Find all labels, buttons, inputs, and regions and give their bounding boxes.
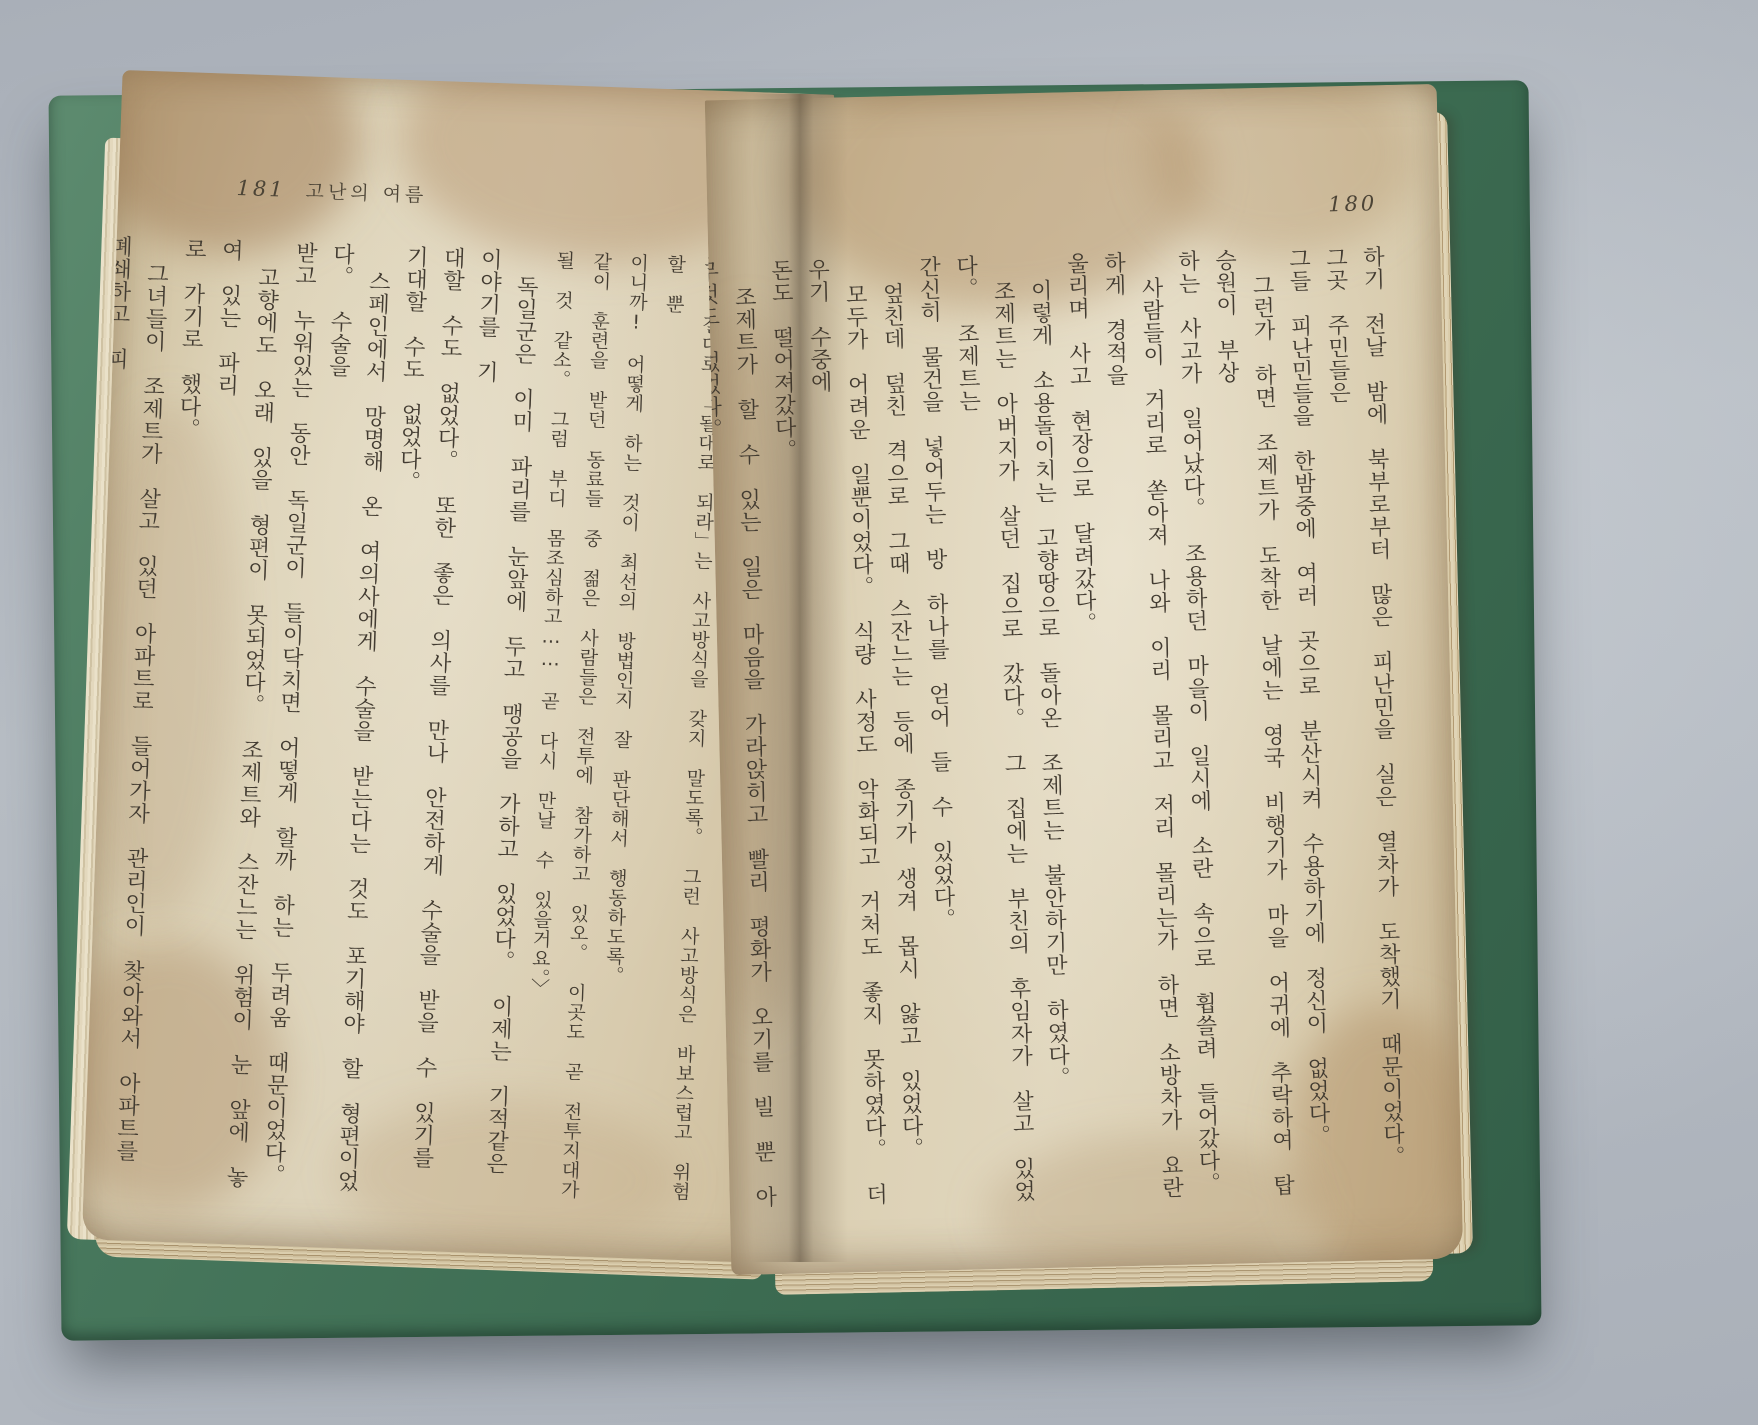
right-page: 180 하기 전날 밤에 북부로부터 많은 피난민을 실은 열차가 도착했기 때… [705,84,1463,1275]
running-title: 고난의 여름 [305,176,428,207]
left-page-number: 181 [236,176,286,202]
left-page-header: 181 고난의 여름 [236,174,428,208]
right-page-number: 180 [1328,191,1378,216]
stain [86,70,364,258]
photo-background: 181 고난의 여름 적이 곧 파리를 공격한다는 소식이야。 그렇지만 그전에… [0,0,1758,1425]
left-page-text: 적이 곧 파리를 공격한다는 소식이야。 그렇지만 그전에 두어 번 큰 접전이… [95,235,804,1220]
stain [1144,84,1419,261]
right-page-text: 하기 전날 밤에 북부로부터 많은 피난민을 실은 열차가 도착했기 때문이었다… [722,245,1412,1226]
